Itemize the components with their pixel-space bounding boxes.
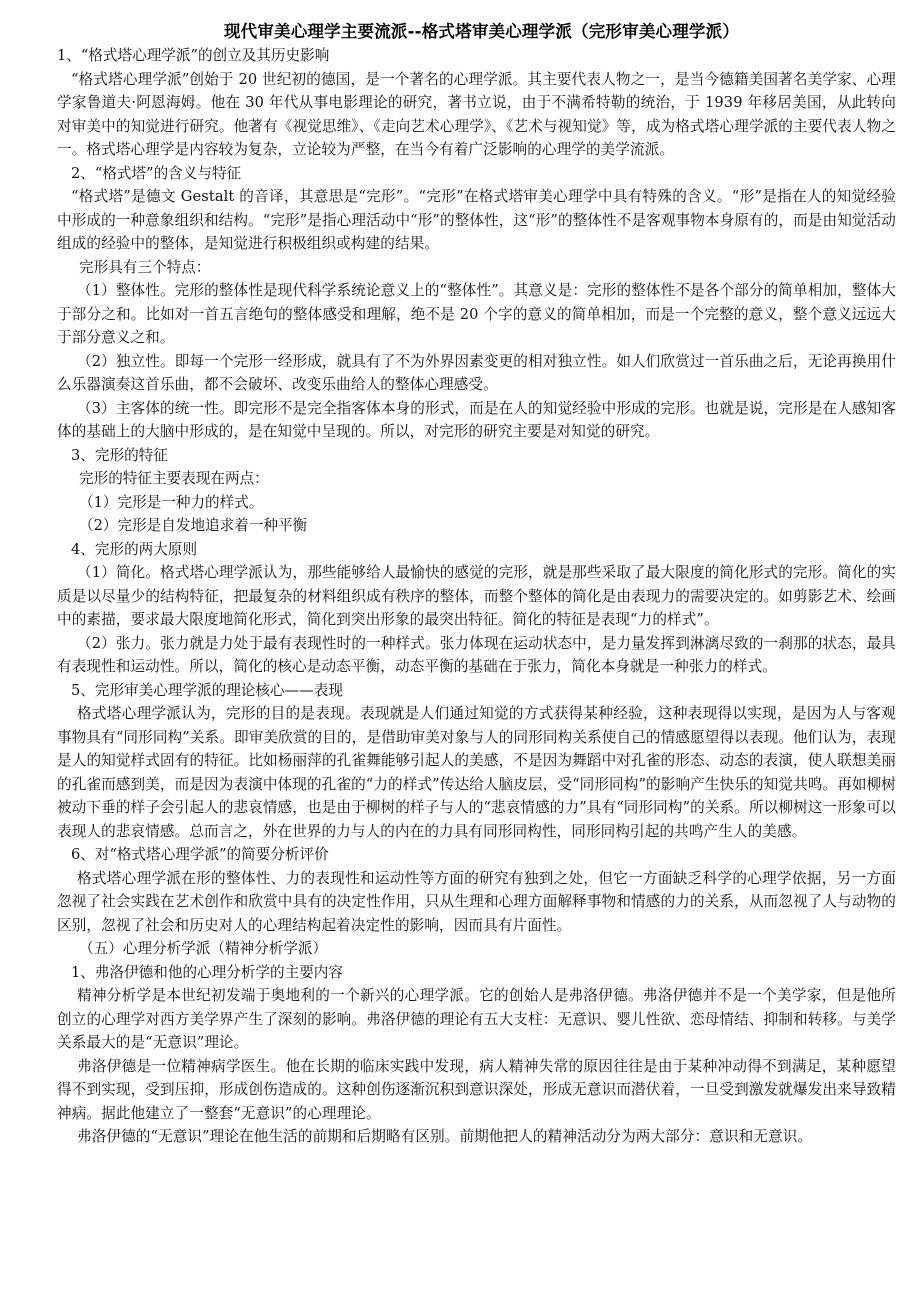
paragraph-tension: （2）张力。张力就是力处于最有表现性时的一种样式。张力体现在运动状态中，是力量发… [57, 632, 896, 679]
paragraph-gestalt-meaning: “格式塔”是德文 Gestalt 的音译，其意思是“完形”。“完形”在格式塔审美… [57, 185, 896, 256]
paragraph-evaluation: 格式塔心理学派在形的整体性、力的表现性和运动性等方面的研究有独到之处，但它一方面… [57, 867, 896, 938]
section-heading-1: 1、“格式塔心理学派”的创立及其历史影响 [57, 44, 896, 68]
list-item-force-pattern: （1）完形是一种力的样式。 [57, 491, 896, 515]
section-heading-2: 2、“格式塔”的含义与特征 [57, 162, 896, 186]
document-page: 现代审美心理学主要流派--格式塔审美心理学派（完形审美心理学派） 1、“格式塔心… [57, 20, 896, 1149]
subheading-psychoanalysis: （五）心理分析学派（精神分析学派） [57, 937, 896, 961]
section-heading-4: 4、完形的两大原则 [57, 538, 896, 562]
section-heading-3: 3、完形的特征 [57, 444, 896, 468]
section-heading-5: 5、完形审美心理学派的理论核心——表现 [57, 679, 896, 703]
paragraph-unity: （3）主客体的统一性。即完形不是完全指客体本身的形式，而是在人的知觉经验中形成的… [57, 397, 896, 444]
paragraph-freud-clinical: 弗洛伊德是一位精神病学医生。他在长期的临床实践中发现，病人精神失常的原因往往是由… [57, 1055, 896, 1126]
paragraph-gestalt-origin: “格式塔心理学派”创始于 20 世纪初的德国，是一个著名的心理学派。其主要代表人… [57, 68, 896, 162]
paragraph-unconscious-theory: 弗洛伊德的“无意识”理论在他生活的前期和后期略有区别。前期他把人的精神活动分为两… [57, 1125, 896, 1149]
document-title: 现代审美心理学主要流派--格式塔审美心理学派（完形审美心理学派） [57, 20, 896, 44]
paragraph-psychoanalysis-intro: 精神分析学是本世纪初发端于奥地利的一个新兴的心理学派。它的创始人是弗洛伊德。弗洛… [57, 984, 896, 1055]
paragraph-independence: （2）独立性。即每一个完形一经形成，就具有了不为外界因素变更的相对独立性。如人们… [57, 350, 896, 397]
paragraph-expression: 格式塔心理学派认为，完形的目的是表现。表现就是人们通过知觉的方式获得某种经验，这… [57, 702, 896, 843]
subheading-two-points: 完形的特征主要表现在两点： [57, 467, 896, 491]
section-heading-6: 6、对“格式塔心理学派”的简要分析评价 [57, 843, 896, 867]
section-heading-freud: 1、弗洛伊德和他的心理分析学的主要内容 [57, 961, 896, 985]
paragraph-simplification: （1）简化。格式塔心理学派认为，那些能够给人最愉快的感觉的完形，就是那些采取了最… [57, 561, 896, 632]
list-item-balance: （2）完形是自发地追求着一种平衡 [57, 514, 896, 538]
subheading-three-features: 完形具有三个特点： [57, 256, 896, 280]
paragraph-wholeness: （1）整体性。完形的整体性是现代科学系统论意义上的“整体性”。其意义是：完形的整… [57, 279, 896, 350]
